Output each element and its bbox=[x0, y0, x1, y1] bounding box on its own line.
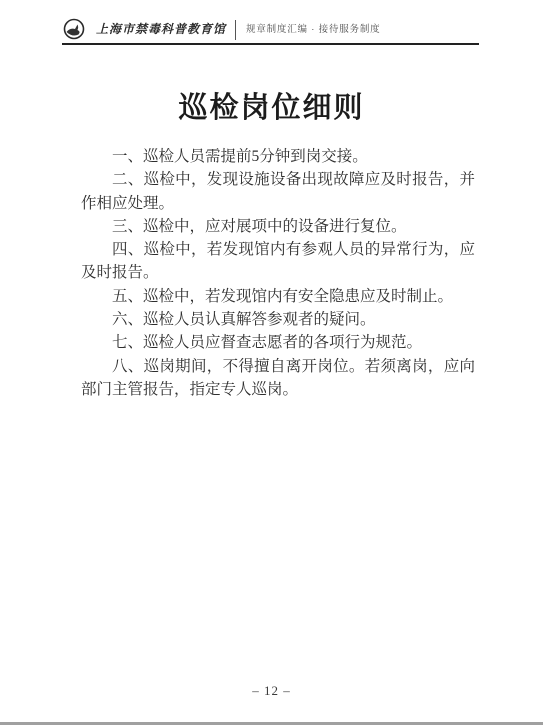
scan-edge-strip bbox=[0, 722, 543, 725]
rule-item-6: 六、巡检人员认真解答参观者的疑问。 bbox=[81, 308, 475, 331]
rule-item-3: 三、巡检中，应对展项中的设备进行复位。 bbox=[81, 215, 475, 238]
rule-item-1: 一、巡检人员需提前5分钟到岗交接。 bbox=[81, 145, 475, 168]
page-title: 巡检岗位细则 bbox=[0, 90, 543, 126]
museum-logo-icon bbox=[62, 17, 86, 41]
rule-item-4: 四、巡检中，若发现馆内有参观人员的异常行为，应及时报告。 bbox=[81, 238, 475, 285]
page-number: – 12 – bbox=[0, 683, 543, 699]
rule-item-8: 八、巡岗期间，不得擅自离开岗位。若须离岗，应向部门主管报告，指定专人巡岗。 bbox=[81, 355, 475, 402]
rule-item-7: 七、巡检人员应督查志愿者的各项行为规范。 bbox=[81, 331, 475, 354]
header-divider bbox=[235, 20, 236, 40]
series-title: 规章制度汇编 · 接待服务制度 bbox=[246, 21, 380, 35]
document-page: 上海市禁毒科普教育馆 规章制度汇编 · 接待服务制度 巡检岗位细则 一、巡检人员… bbox=[0, 0, 543, 726]
organization-name: 上海市禁毒科普教育馆 bbox=[96, 20, 226, 37]
page-header: 上海市禁毒科普教育馆 规章制度汇编 · 接待服务制度 bbox=[62, 0, 479, 45]
rule-item-5: 五、巡检中，若发现馆内有安全隐患应及时制止。 bbox=[81, 285, 475, 308]
rule-item-2: 二、巡检中，发现设施设备出现故障应及时报告，并作相应处理。 bbox=[81, 168, 475, 215]
rules-list: 一、巡检人员需提前5分钟到岗交接。 二、巡检中，发现设施设备出现故障应及时报告，… bbox=[81, 145, 475, 401]
